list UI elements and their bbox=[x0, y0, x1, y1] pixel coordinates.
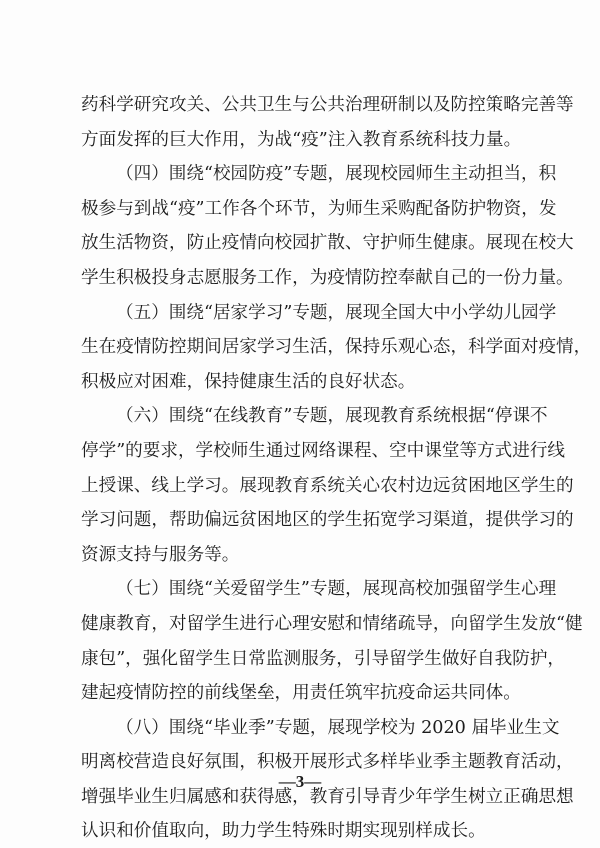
page-number: —3— bbox=[0, 772, 600, 792]
section-7-heading-line: （七）围绕“关爱留学生”专题，展现高校加强留学生心理 bbox=[81, 572, 527, 607]
text-line: 资源支持与服务等。 bbox=[81, 538, 527, 573]
text-line: 健康教育，对留学生进行心理安慰和情绪疏导，向留学生发放“健 bbox=[81, 607, 527, 642]
text-line: 上授课、线上学习。展现教育系统关心农村边远贫困地区学生的 bbox=[81, 469, 527, 504]
text-line: 方面发挥的巨大作用，为战“疫”注入教育系统科技力量。 bbox=[81, 123, 527, 158]
text-line: 康包”，强化留学生日常监测服务，引导留学生做好自我防护， bbox=[81, 642, 527, 677]
text-line: 积极应对困难，保持健康生活的良好状态。 bbox=[81, 365, 527, 400]
text-line: 学生积极投身志愿服务工作，为疫情防控奉献自己的一份力量。 bbox=[81, 261, 527, 296]
section-4-heading-line: （四）围绕“校园防疫”专题，展现校园师生主动担当，积 bbox=[81, 157, 527, 192]
section-5-heading-line: （五）围绕“居家学习”专题，展现全国大中小学幼儿园学 bbox=[81, 296, 527, 331]
document-page: 药科学研究攻关、公共卫生与公共治理研制以及防控策略完善等 方面发挥的巨大作用，为… bbox=[0, 0, 600, 848]
text-line: 极参与到战“疫”工作各个环节，为师生采购配备防护物资，发 bbox=[81, 192, 527, 227]
text-line: 放生活物资，防止疫情向校园扩散、守护师生健康。展现在校大 bbox=[81, 226, 527, 261]
text-line: 学习问题，帮助偏远贫困地区的学生拓宽学习渠道，提供学习的 bbox=[81, 503, 527, 538]
text-line: 生在疫情防控期间居家学习生活，保持乐观心态，科学面对疫情， bbox=[81, 330, 527, 365]
text-line: 药科学研究攻关、公共卫生与公共治理研制以及防控策略完善等 bbox=[81, 88, 527, 123]
document-body: 药科学研究攻关、公共卫生与公共治理研制以及防控策略完善等 方面发挥的巨大作用，为… bbox=[81, 88, 527, 848]
text-line: 认识和价值取向，助力学生特殊时期实现别样成长。 bbox=[81, 814, 527, 848]
text-line: 建起疫情防控的前线堡垒，用责任筑牢抗疫命运共同体。 bbox=[81, 676, 527, 711]
text-line: 停学”的要求，学校师生通过网络课程、空中课堂等方式进行线 bbox=[81, 434, 527, 469]
section-8-heading-line: （八）围绕“毕业季”专题，展现学校为 2020 届毕业生文 bbox=[81, 711, 527, 746]
section-6-heading-line: （六）围绕“在线教育”专题，展现教育系统根据“停课不 bbox=[81, 399, 527, 434]
